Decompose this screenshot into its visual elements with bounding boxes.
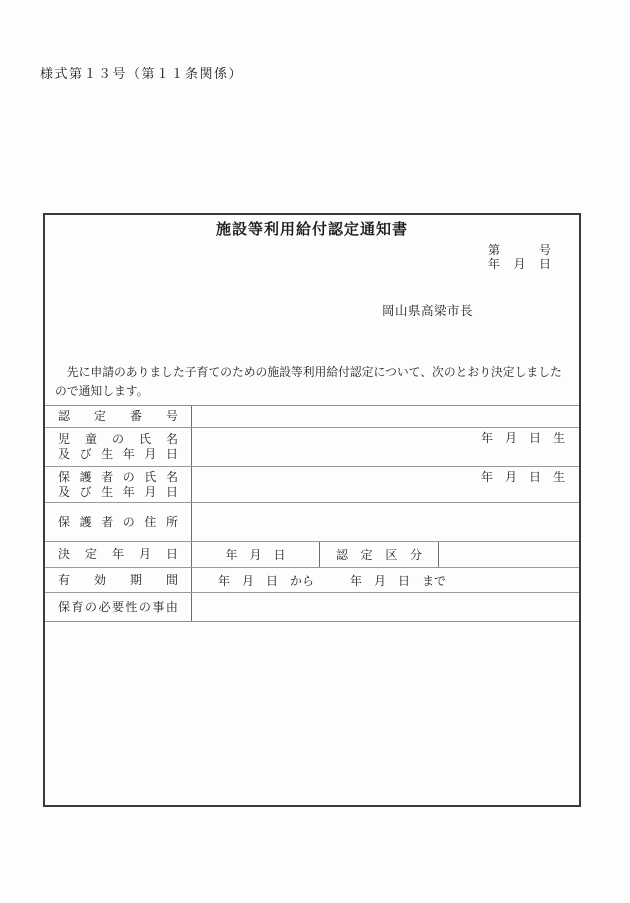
guardian-name-label-line1: 保護者の氏名 (58, 470, 178, 485)
doc-date-line: 年月日 (488, 257, 551, 271)
child-name-label-line1: 児童の氏名 (58, 432, 178, 447)
doc-number-line: 第号 (488, 243, 551, 257)
remarks-empty-area (45, 622, 579, 805)
decision-date-label-cell: 決定年月日 (45, 542, 192, 567)
certification-number-label-cell: 認定番号 (45, 406, 192, 427)
childcare-necessity-label-cell: 保育の必要性の事由 (45, 593, 192, 621)
child-name-dob-value-cell: 年 月 日 生 (192, 428, 579, 466)
doc-number-date-block: 第号 年月日 (488, 243, 551, 271)
body-paragraph: 先に申請のありました子育てのための施設等利用給付認定について、次のとおり決定しま… (45, 363, 579, 401)
childcare-necessity-label: 保育の必要性の事由 (58, 600, 178, 615)
category-value-cell (439, 542, 579, 567)
validity-period-label: 有効期間 (58, 573, 178, 588)
document-page: 様式第１３号（第１１条関係） 施設等利用給付認定通知書 第号 年月日 岡山県高梁… (0, 0, 630, 903)
row-decision-date: 決定年月日 年 月 日 認定区分 (45, 541, 579, 567)
guardian-dob-note: 年 月 日 生 (192, 467, 579, 502)
guardian-address-label: 保護者の住所 (58, 515, 178, 530)
form-number-label: 様式第１３号（第１１条関係） (40, 63, 243, 82)
child-name-dob-label-cell: 児童の氏名 及び生年月日 (45, 428, 192, 466)
certification-number-value-cell (192, 406, 579, 427)
certification-table: 認定番号 児童の氏名 及び生年月日 年 月 日 生 保護者の氏名 及び生年月日 (45, 405, 579, 622)
validity-period-label-cell: 有効期間 (45, 568, 192, 592)
childcare-necessity-value-cell (192, 593, 579, 621)
child-dob-note: 年 月 日 生 (192, 428, 579, 466)
guardian-name-dob-label-cell: 保護者の氏名 及び生年月日 (45, 467, 192, 502)
decision-date-value-cell: 年 月 日 認定区分 (192, 542, 579, 567)
row-validity-period: 有効期間 年 月 日 から 年 月 日 まで (45, 567, 579, 592)
document-title: 施設等利用給付認定通知書 (45, 220, 579, 240)
category-label: 認定区分 (336, 546, 422, 563)
guardian-address-value-cell (192, 503, 579, 541)
decision-date-label: 決定年月日 (58, 547, 178, 562)
row-child-name-dob: 児童の氏名 及び生年月日 年 月 日 生 (45, 427, 579, 466)
guardian-name-label-line2: 及び生年月日 (58, 485, 178, 500)
child-name-label-line2: 及び生年月日 (58, 447, 178, 462)
row-guardian-name-dob: 保護者の氏名 及び生年月日 年 月 日 生 (45, 466, 579, 502)
decision-date-placeholder: 年 月 日 (192, 542, 320, 567)
guardian-address-label-cell: 保護者の住所 (45, 503, 192, 541)
row-guardian-address: 保護者の住所 (45, 502, 579, 541)
row-certification-number: 認定番号 (45, 406, 579, 427)
validity-period-value-cell: 年 月 日 から 年 月 日 まで (192, 568, 579, 592)
row-childcare-necessity-reason: 保育の必要性の事由 (45, 592, 579, 621)
certification-number-label: 認定番号 (58, 409, 178, 424)
notification-box: 施設等利用給付認定通知書 第号 年月日 岡山県高梁市長 先に申請のありました子育… (43, 213, 581, 807)
issuer-name: 岡山県高梁市長 (45, 304, 579, 318)
guardian-name-dob-value-cell: 年 月 日 生 (192, 467, 579, 502)
category-label-cell: 認定区分 (320, 542, 439, 567)
validity-period-placeholder: 年 月 日 から 年 月 日 まで (192, 568, 579, 592)
